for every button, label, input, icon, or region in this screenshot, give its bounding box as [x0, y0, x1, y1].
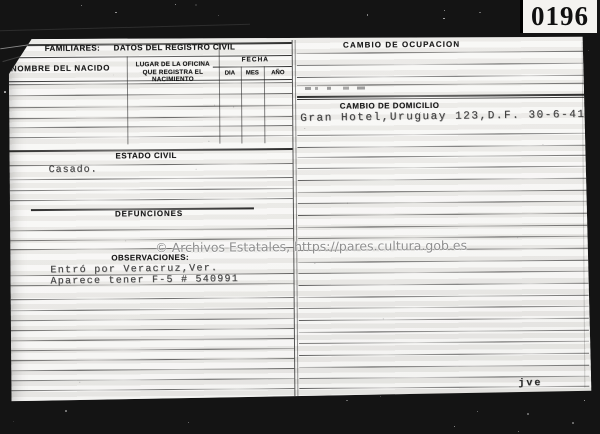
- ruled-line: [297, 75, 587, 78]
- ruled-line: [299, 306, 589, 309]
- speckle: [4, 91, 6, 93]
- speckle: [367, 14, 368, 15]
- ruled-line: [8, 228, 293, 231]
- right-column: CAMBIO DE OCUPACION CAMBIO DE DOMICILIO …: [297, 30, 592, 402]
- speckle: [175, 4, 176, 5]
- ruled-line: [9, 378, 294, 381]
- heavy-line: [213, 66, 292, 68]
- ruled-line: [299, 283, 589, 286]
- ruled-line: [298, 213, 588, 216]
- ruled-line: [8, 177, 293, 180]
- ruled-line: [297, 63, 587, 66]
- cambio-domicilio-label: CAMBIO DE DOMICILIO: [297, 102, 482, 111]
- fecha-label: FECHA: [219, 57, 292, 64]
- ruled-line: [297, 133, 587, 136]
- speckle: [346, 400, 348, 402]
- ruled-line: [9, 338, 294, 341]
- speckle: [81, 5, 82, 6]
- speckle: [527, 413, 529, 415]
- observaciones-label: OBSERVACIONES:: [111, 254, 189, 263]
- speckle: [479, 12, 481, 14]
- speckle: [517, 237, 518, 238]
- ruled-line: [299, 341, 589, 344]
- speckle: [13, 421, 14, 422]
- estado-civil-label: ESTADO CIVIL: [115, 152, 176, 160]
- ruled-line: [298, 190, 588, 193]
- ruled-line: [297, 145, 587, 148]
- speckle: [572, 422, 574, 424]
- index-card: FAMILIARES: DATOS DEL REGISTRO CIVIL NOM…: [5, 30, 594, 405]
- speckle: [542, 144, 543, 145]
- ruled-line: [9, 297, 294, 300]
- ruled-line: [9, 318, 294, 321]
- ruled-line: [299, 365, 589, 368]
- ruled-line: [7, 135, 292, 138]
- ruled-line: [298, 178, 588, 181]
- ruled-line: [7, 105, 292, 108]
- estado-civil-value: Casado.: [49, 166, 98, 176]
- cambio-ocupacion-label: CAMBIO DE OCUPACION: [297, 40, 507, 50]
- ruled-line: [298, 155, 588, 158]
- ruled-line: [298, 225, 588, 228]
- speckle: [188, 422, 189, 423]
- speckle: [454, 426, 455, 427]
- ruled-line: [299, 376, 589, 379]
- speckle: [477, 411, 478, 412]
- ruled-line: [299, 295, 589, 298]
- ruled-line: [299, 318, 589, 321]
- ruled-line: [7, 93, 292, 96]
- mes-label: MES: [241, 70, 264, 76]
- ruled-line: [297, 83, 587, 86]
- familiares-label: FAMILIARES:: [45, 45, 101, 53]
- ruled-line: [7, 82, 292, 85]
- speckle: [195, 4, 197, 6]
- ruled-line: [299, 386, 589, 389]
- speckle: [304, 128, 305, 129]
- speckle: [518, 431, 520, 433]
- speckle: [233, 106, 234, 107]
- ruled-line: [298, 271, 588, 274]
- speckle: [208, 141, 209, 142]
- ruled-line: [299, 330, 589, 333]
- ruled-line: [9, 328, 294, 331]
- ruled-line: [299, 353, 589, 356]
- ruled-line: [9, 358, 294, 361]
- speckle: [218, 15, 219, 16]
- defunciones-label: DEFUNCIONES: [115, 210, 183, 219]
- ruled-line: [297, 51, 587, 54]
- cambio-domicilio-value: Gran Hotel,Uruguay 123,D.F. 30-6-41: [300, 110, 585, 125]
- speckle: [115, 12, 117, 14]
- ruled-line: [9, 348, 294, 351]
- ruled-line: [9, 368, 294, 371]
- ruled-line: [9, 308, 294, 311]
- speckle: [314, 263, 315, 264]
- ruled-line: [9, 388, 294, 391]
- ruled-line: [8, 163, 293, 166]
- speckle: [443, 18, 445, 20]
- watermark-text: © Archivos Estatales, https://pares.cult…: [155, 238, 467, 255]
- ruled-line: [7, 125, 292, 128]
- speckle: [113, 75, 114, 76]
- ruled-line: [298, 260, 588, 263]
- speckle: [444, 10, 445, 11]
- speckle: [380, 396, 381, 397]
- speckle: [65, 410, 67, 412]
- ruled-line: [8, 188, 293, 191]
- dia-label: DIA: [219, 70, 241, 76]
- speckle: [80, 381, 81, 382]
- speckle: [588, 50, 589, 51]
- speckle: [420, 112, 421, 113]
- anio-label: AÑO: [264, 70, 292, 76]
- nombre-nacido-label: NOMBRE DEL NACIDO: [11, 64, 110, 73]
- archive-stamp-number: 0196: [531, 3, 589, 30]
- ruled-line: [7, 116, 292, 119]
- speckle: [214, 104, 215, 105]
- speckle: [196, 169, 197, 170]
- ruled-line: [298, 201, 588, 204]
- datos-registro-label: DATOS DEL REGISTRO CIVIL: [114, 43, 236, 52]
- speckle: [584, 400, 585, 401]
- archive-stamp: 0196: [523, 0, 597, 33]
- ruled-line: [8, 198, 293, 201]
- ruled-line: [298, 166, 588, 169]
- typist-initials: jve: [518, 379, 542, 389]
- speckle: [125, 240, 126, 241]
- pencil-mark: [305, 86, 365, 89]
